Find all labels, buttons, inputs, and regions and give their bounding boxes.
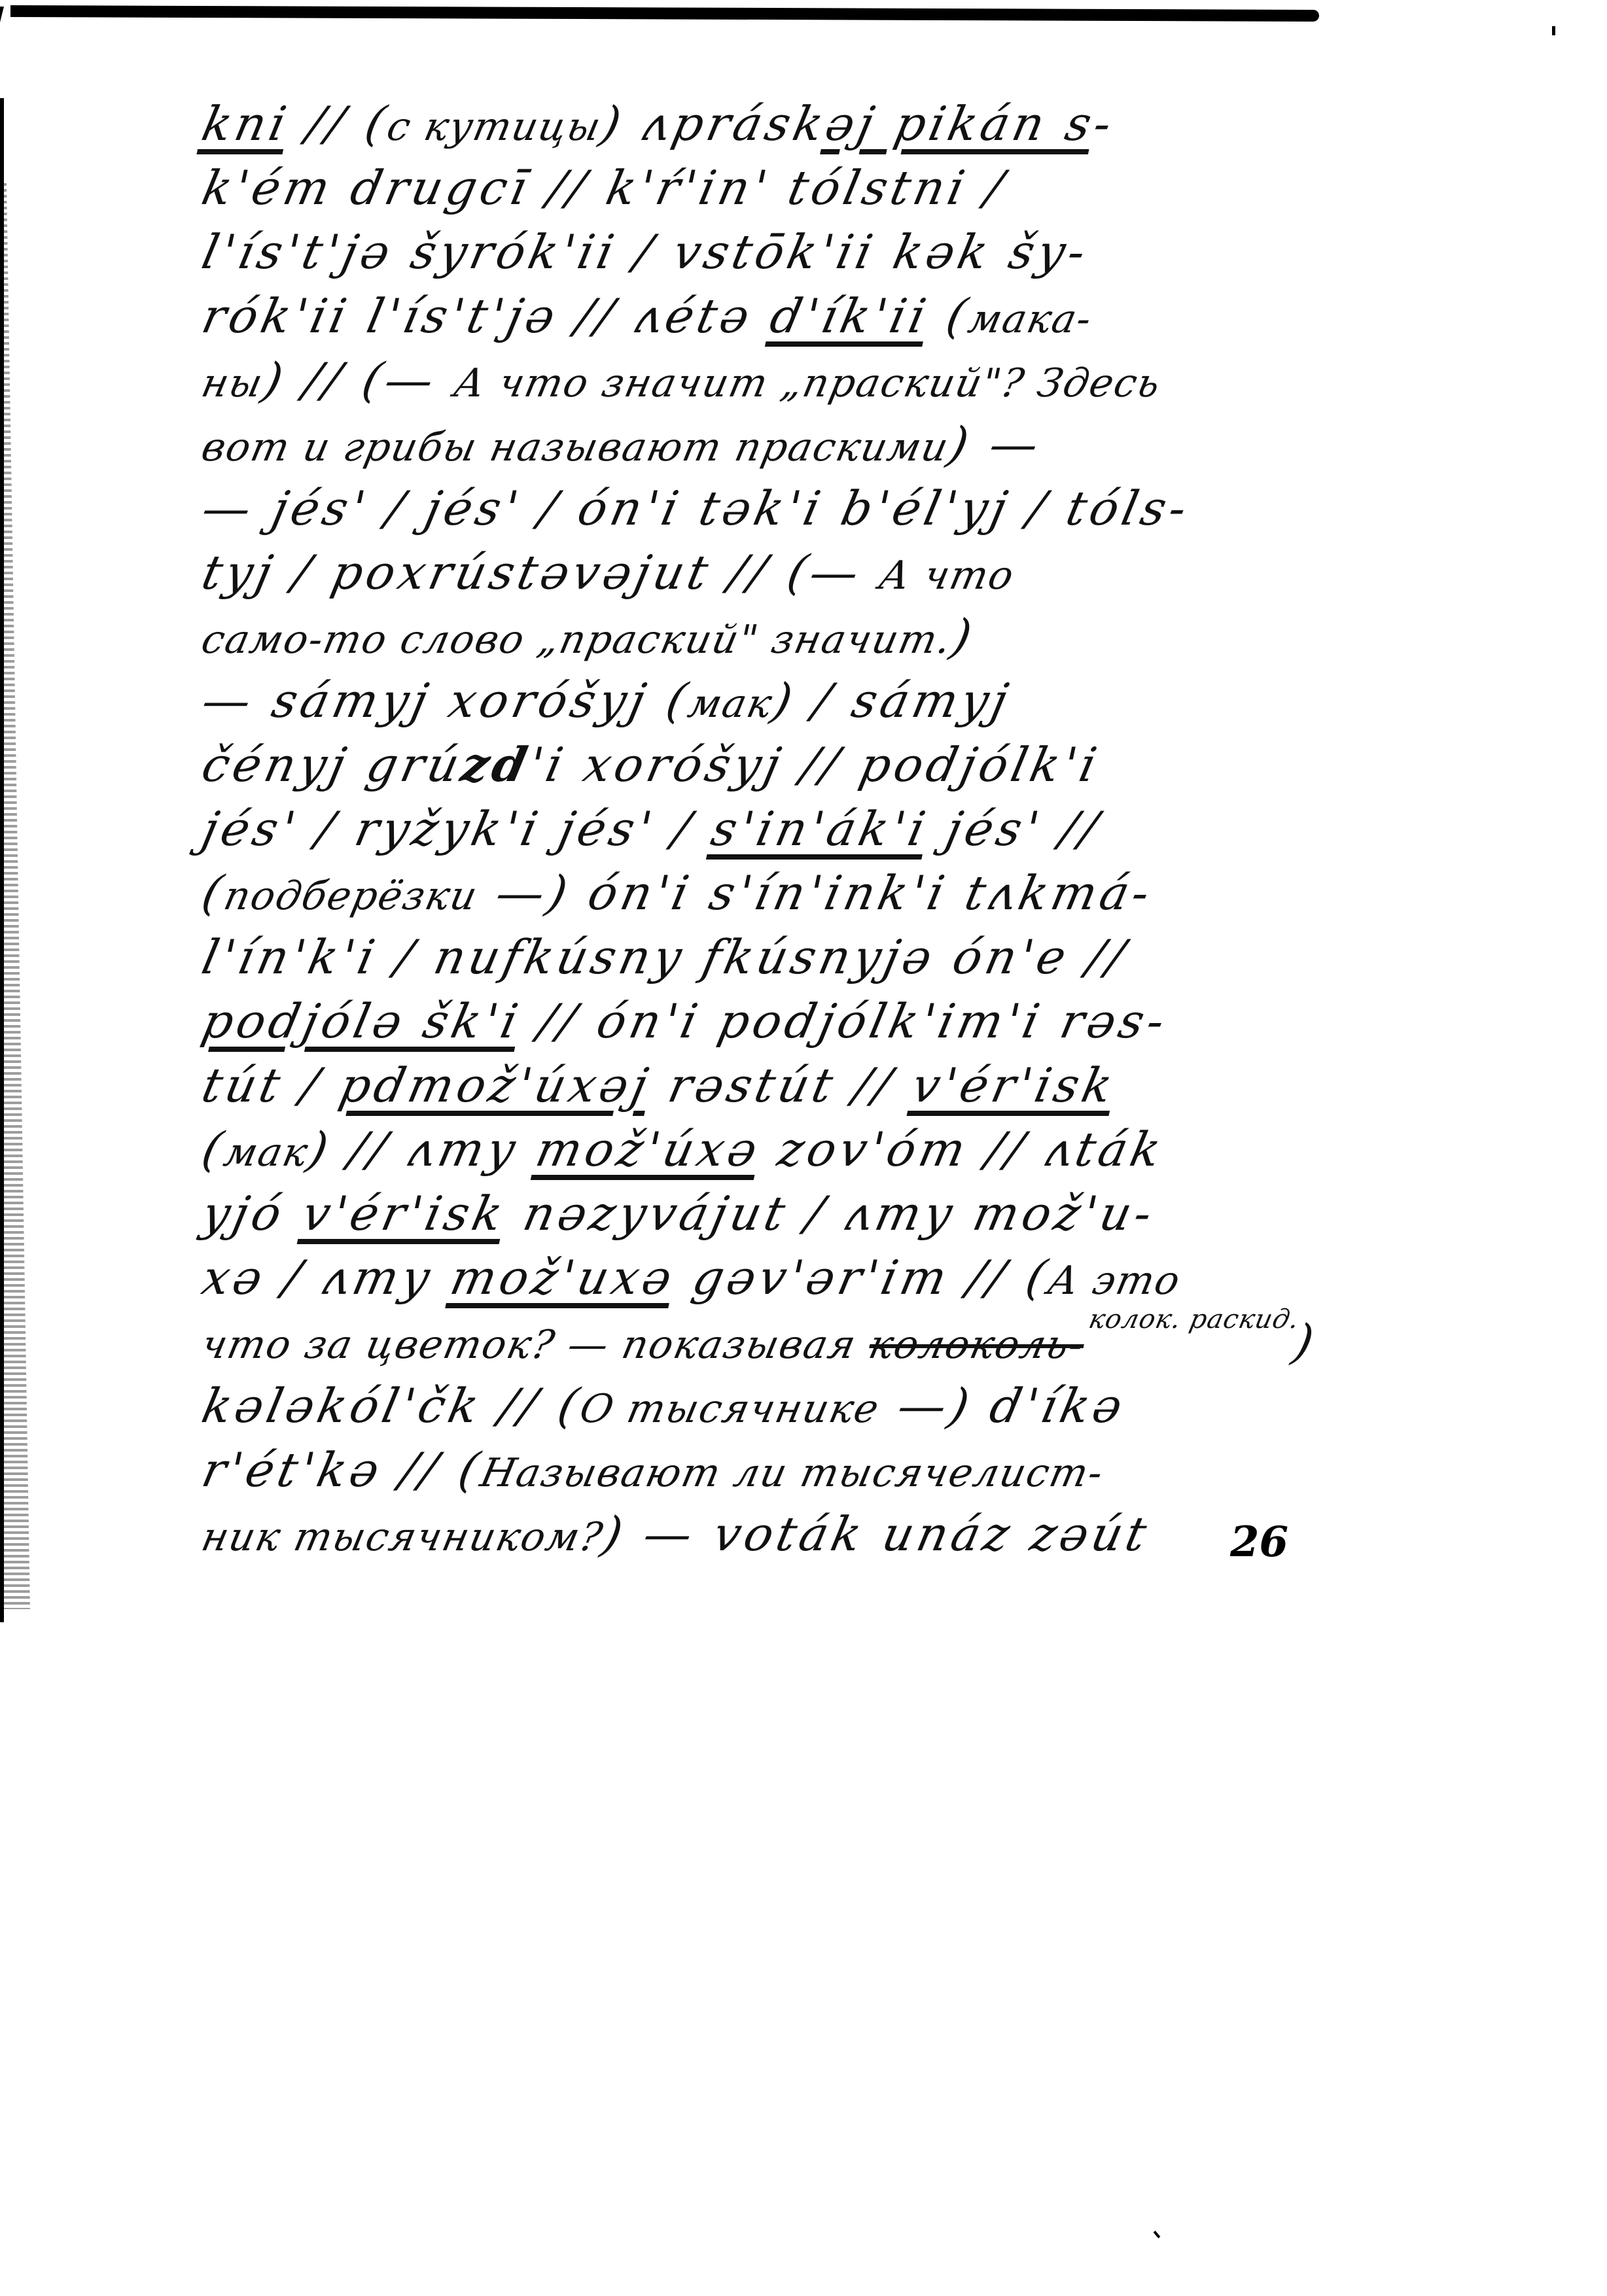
text-segment: xə / ʌmy	[197, 1250, 457, 1305]
text-segment: —) ón'i s'ín'ink'i tʌkmá-	[472, 865, 1159, 920]
text-segment: О тысячнике	[576, 1386, 884, 1432]
text-segment: tút /	[197, 1058, 346, 1113]
text-line: ник тысячником?) — voták unáz zəút	[196, 1502, 1349, 1566]
text-line: xə / ʌmy mož'uxə gəv'ər'im // (А это	[196, 1245, 1349, 1310]
text-segment: — jés' / jés' / ón'i tək'i b'él'yj / tól…	[197, 481, 1195, 536]
text-line: l'ís't'jə šyrók'ii / vstōk'ii kək šy-	[196, 220, 1349, 284]
text-segment: Называют ли тысячелист-	[476, 1450, 1108, 1496]
text-segment: А что значит „праский"? Здесь	[450, 360, 1165, 406]
text-segment: l'ís't'jə šyrók'ii / vstōk'ii kək šy-	[197, 224, 1094, 279]
text-segment: ) // (—	[258, 353, 461, 408]
text-segment: — sámyj xoróšyj (	[197, 673, 695, 728]
underlined-word: v'ér'isk	[908, 1058, 1121, 1113]
text-segment: что за цветок? — показывая	[198, 1322, 875, 1368]
text-segment: ) / sámyj	[767, 673, 1016, 728]
text-segment: rók'ii l'ís't'jə // ʌétə	[197, 288, 777, 343]
text-line: вот и грибы называют праскими) —	[196, 412, 1349, 476]
text-segment: r'ét'kə // (	[197, 1442, 487, 1497]
text-line: kələkól'čk // (О тысячнике —) d'íkə	[196, 1374, 1349, 1438]
scanner-edge-shadow	[0, 98, 4, 1622]
text-line: — jés' / jés' / ón'i tək'i b'él'yj / tól…	[196, 476, 1349, 540]
underlined-word: s'in'ák'i	[707, 801, 934, 856]
text-line: kni // (с кутицы) ʌpráskəj pikán s-	[196, 92, 1349, 156]
text-line: tyj / poxrústəvəjut // (— А что	[196, 540, 1349, 604]
text-segment: čényj grú	[197, 737, 468, 792]
text-segment: podjólk'i	[855, 737, 1105, 792]
text-line: l'ín'k'i / nufkúsny fkúsnyjə ón'e //	[196, 925, 1349, 989]
text-segment: вот и грибы называют праскими	[198, 425, 953, 470]
text-line: ны) // (— А что значит „праский"? Здесь	[196, 348, 1349, 412]
text-segment: jés' //	[922, 801, 1106, 856]
text-segment: 'i xoróšyj //	[524, 737, 867, 792]
text-segment: с кутицы	[383, 104, 605, 150]
text-segment: // (	[283, 96, 395, 151]
underlined-word: mož'úxə	[531, 1122, 766, 1177]
text-segment: tyj / poxrústəvəjut // (—	[197, 545, 886, 600]
text-segment: l'ín'k'i / nufkúsny fkúsnyjə ón'e //	[197, 930, 1133, 984]
text-segment: k'ém drugcī // k'ŕ'in' tólstni /	[197, 160, 1012, 215]
scanner-edge-noise	[4, 183, 30, 1609]
text-line: (мак) // ʌmy mož'úxə zov'óm // ʌták	[196, 1117, 1349, 1181]
underlined-word: v'ér'isk	[298, 1186, 512, 1241]
text-segment: yjó	[197, 1186, 309, 1241]
underlined-word: mož'uxə	[446, 1250, 680, 1305]
text-line: podjólə šk'i // ón'i podjólk'im'i rəs-	[196, 989, 1349, 1053]
text-segment: А что	[875, 553, 1019, 599]
text-line: yjó v'ér'isk nəzyvájut / ʌmy mož'u-	[196, 1181, 1349, 1245]
text-segment: ) —	[944, 417, 1048, 472]
text-segment: ) // ʌmy	[303, 1122, 543, 1177]
text-line: jés' / ryžyk'i jés' / s'in'ák'i jés' //	[196, 797, 1349, 861]
scanned-page: kni // (с кутицы) ʌpráskəj pikán s-k'ém …	[0, 0, 1607, 2296]
text-segment: zd	[457, 737, 536, 792]
text-line: r'ét'kə // (Называют ли тысячелист-	[196, 1438, 1349, 1502]
text-segment: rəstút //	[645, 1058, 919, 1113]
text-segment: мак	[684, 681, 777, 727]
text-line: (подберёзки —) ón'i s'ín'ink'i tʌkmá-	[196, 861, 1349, 925]
text-segment: zov'óm // ʌták	[754, 1122, 1170, 1177]
corner-mark	[0, 7, 16, 52]
text-line: что за цветок? — показывая колоколь-коло…	[196, 1310, 1349, 1374]
text-segment: kələkól'čk // (	[197, 1378, 587, 1433]
text-segment: jés' / ryžyk'i jés' /	[197, 801, 718, 856]
text-segment: gəv'ər'im // (	[669, 1250, 1055, 1305]
text-segment: ник тысячником?	[198, 1514, 607, 1560]
page-number: 26	[1230, 1518, 1288, 1567]
handwritten-text-block: kni // (с кутицы) ʌpráskəj pikán s-k'ém …	[196, 92, 1335, 1566]
text-segment: А это	[1044, 1258, 1185, 1304]
underlined-word: əj pikán s	[821, 96, 1101, 151]
text-segment: ) — voták unáz zəút	[597, 1506, 1155, 1561]
speck	[1154, 2231, 1161, 2238]
text-segment: —) d'íkə	[874, 1378, 1131, 1433]
text-line: само-то слово „праский" значит.)	[196, 604, 1349, 669]
text-line: tút / pdmož'úxəj rəstút // v'ér'isk	[196, 1053, 1349, 1117]
text-line: — sámyj xoróšyj (мак) / sámyj	[196, 669, 1349, 733]
struck-text: колоколь-	[865, 1322, 1089, 1368]
text-segment: nəzyvájut / ʌmy mož'u-	[500, 1186, 1161, 1241]
underlined-word: kni	[197, 96, 294, 151]
text-line: rók'ii l'ís't'jə // ʌétə d'ík'ii (мака-	[196, 284, 1349, 348]
top-edge-rule	[10, 5, 1319, 22]
underlined-word: pdmož'úxəj	[335, 1058, 656, 1113]
text-line: k'ém drugcī // k'ŕ'in' tólstni /	[196, 156, 1349, 220]
underlined-word: podjólə šk'i	[197, 994, 526, 1049]
text-segment: ) ʌprásk	[596, 96, 833, 151]
text-segment: ны	[198, 360, 268, 406]
text-segment: мак	[220, 1130, 313, 1175]
superscript-correction: колок. раскид.	[1086, 1304, 1302, 1334]
speck	[1552, 26, 1555, 35]
text-segment: мака-	[964, 296, 1097, 342]
text-line: čényj grúzd'i xoróšyj // podjólk'i	[196, 733, 1349, 797]
text-segment: само-то слово „праский" значит.	[198, 617, 957, 663]
text-segment: подберёзки	[220, 873, 482, 919]
text-segment: // ón'i podjólk'im'i rəs-	[515, 994, 1174, 1049]
underlined-word: d'ík'ii	[766, 288, 934, 343]
